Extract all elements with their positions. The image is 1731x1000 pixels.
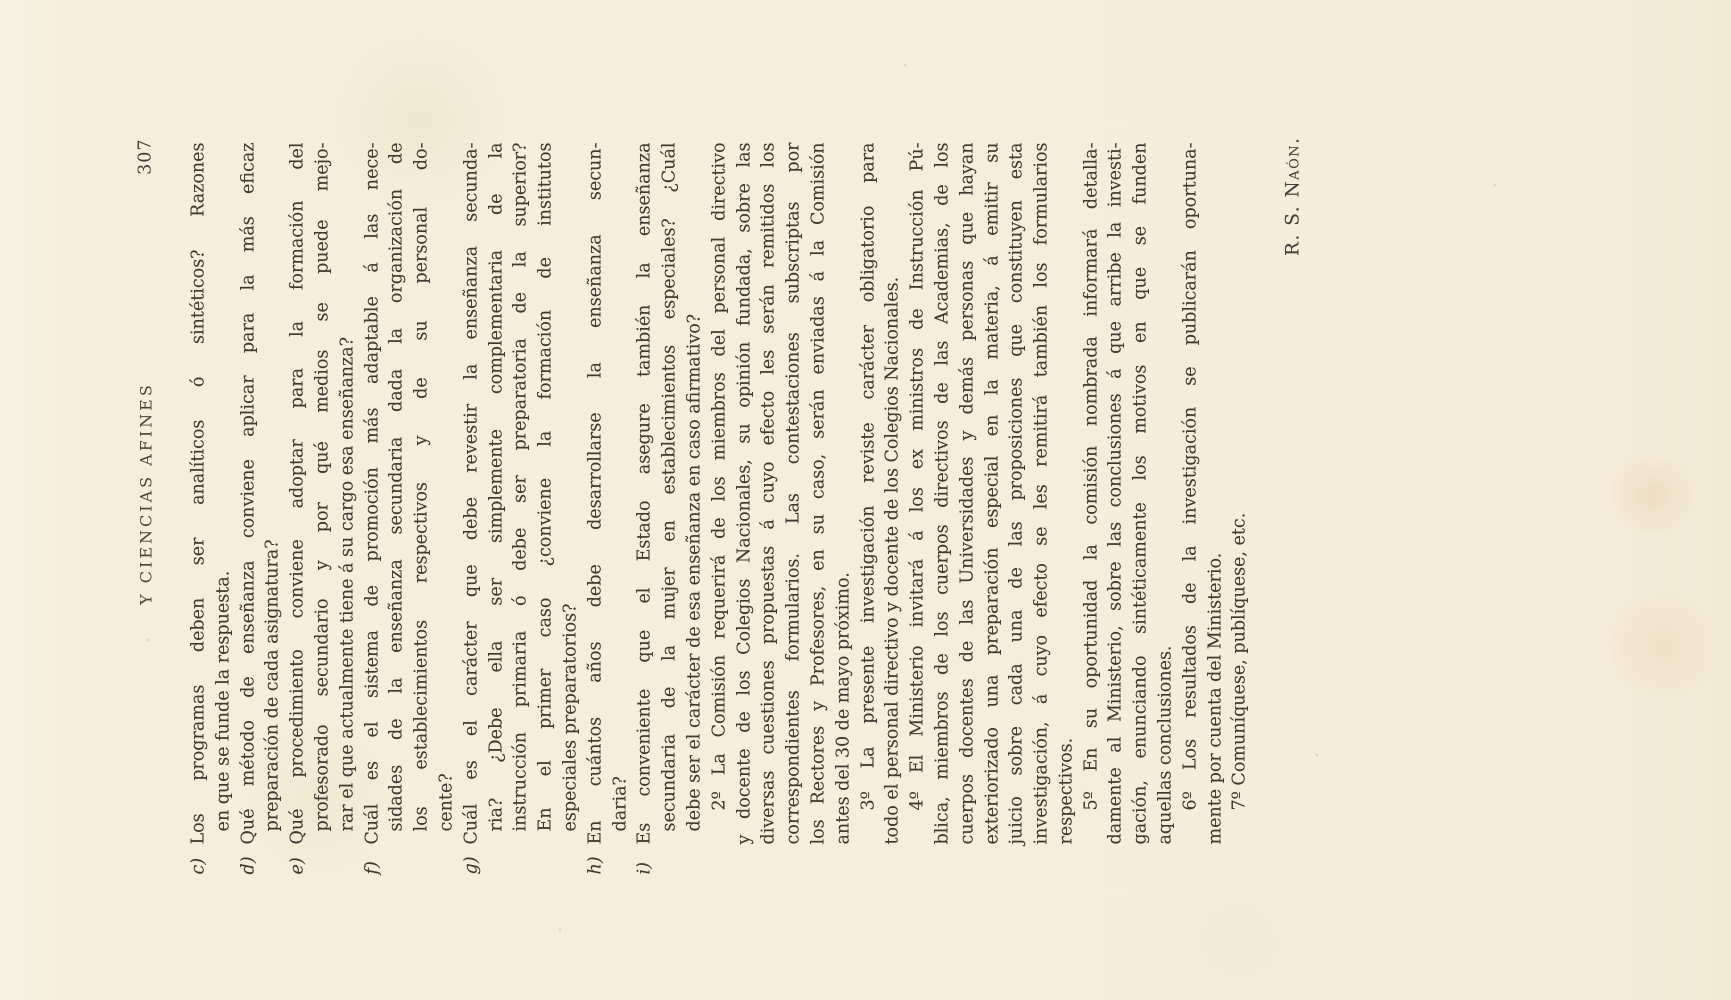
paragraph-6: 6º Los resultados de la investigación se… — [1178, 142, 1228, 844]
text-line: Cuál es el sistema de promoción más adap… — [360, 142, 385, 844]
text-line: instrucción primaria ó debe ser preparat… — [508, 142, 533, 844]
text-line: En cuántos años debe desarrollarse la en… — [583, 142, 608, 844]
text-line: damente al Ministerio, sobre las conclus… — [1103, 142, 1128, 844]
question-item-e: e) Qué procedimiento conviene adoptar pa… — [285, 142, 359, 844]
signature: R. S. Naón. — [1282, 0, 1303, 1000]
text-line: cente? — [434, 142, 459, 844]
text-line: cuerpos docentes de las Universidades y … — [955, 142, 980, 844]
text-line: y docente de los Colegios Nacionales, su… — [732, 142, 757, 844]
item-text: Cuál es el carácter que debe revestir la… — [459, 142, 583, 844]
text-line: Cuál es el carácter que debe revestir la… — [459, 142, 484, 844]
text-line: investigación, á cuyo efecto se les remi… — [1029, 142, 1054, 844]
item-marker: d) — [236, 856, 261, 874]
item-marker: c) — [186, 857, 211, 874]
text-line: rar el que actualmente tiene á su cargo … — [335, 142, 360, 844]
text-line: antes del 30 de mayo próximo. — [831, 142, 856, 844]
paragraph-text: 7º Comuníquese, publíquese, etc. — [1227, 142, 1252, 844]
text-line: diversas cuestiones propuestas á cuyo ef… — [756, 142, 781, 844]
text-line: 4º El Ministerio invitará á los ex minis… — [905, 142, 930, 844]
text-line: Es conveniente que el Estado asegure tam… — [632, 142, 657, 844]
text-line: debe ser el carácter de esa enseñanza en… — [682, 142, 707, 844]
text-line: sidades de la enseñanza secundaria dada … — [384, 142, 409, 844]
text-line: 2º La Comisión requerirá de los miembros… — [707, 142, 732, 844]
text-line: secundaria de la mujer en establecimient… — [657, 142, 682, 844]
paragraph-text: 4º El Ministerio invitará á los ex minis… — [905, 142, 1079, 844]
running-title: Y CIENCIAS AFINES — [136, 142, 155, 844]
text-line: los establecimientos respectivos y de su… — [409, 142, 434, 844]
text-line: respectivos. — [1054, 142, 1079, 844]
text-line: Qué método de enseñanza conviene aplicar… — [236, 142, 261, 844]
item-marker: f) — [360, 861, 385, 874]
text-line: los Rectores y Profesores, en su caso, s… — [806, 142, 831, 844]
item-text: Cuál es el sistema de promoción más adap… — [360, 142, 459, 844]
text-line: Qué procedimiento conviene adoptar para … — [285, 142, 310, 844]
text-line: preparación de cada asignatura? — [260, 142, 285, 844]
text-line: gación, enunciando sintéticamente los mo… — [1128, 142, 1153, 844]
text-line: aquellas conclusiones. — [1153, 142, 1178, 844]
text-line: correspondientes formularios. Las contes… — [781, 142, 806, 844]
text-line: blica, miembros de los cuerpos directivo… — [930, 142, 955, 844]
text-line: especiales preparatorios? — [558, 142, 583, 844]
text-line: daria? — [608, 142, 633, 844]
item-marker: e) — [285, 857, 310, 874]
paragraph-3: 3º La presente investigación reviste car… — [856, 142, 906, 844]
item-marker: h) — [583, 856, 608, 874]
question-item-f: f) Cuál es el sistema de promoción más a… — [360, 142, 459, 844]
book-page: Y CIENCIAS AFINES 307 c) Los programas d… — [0, 0, 1731, 1000]
item-text: Los programas deben ser analíticos ó sin… — [186, 142, 236, 844]
paragraph-text: 3º La presente investigación reviste car… — [856, 142, 906, 844]
question-item-d: d) Qué método de enseñanza conviene apli… — [236, 142, 286, 844]
item-text: Qué procedimiento conviene adoptar para … — [285, 142, 359, 844]
scanned-page-canvas: Y CIENCIAS AFINES 307 c) Los programas d… — [0, 0, 1731, 1000]
item-marker: i) — [632, 862, 657, 874]
item-marker: g) — [459, 856, 484, 874]
item-text: En cuántos años debe desarrollarse la en… — [583, 142, 633, 844]
text-line: juicio sobre cada una de las proposicion… — [1004, 142, 1029, 844]
paragraph-text: 2º La Comisión requerirá de los miembros… — [707, 142, 856, 844]
page-header: Y CIENCIAS AFINES 307 — [136, 142, 160, 844]
text-line: ria? ¿Debe ella ser simplemente compleme… — [484, 142, 509, 844]
text-line: en que se funde la respuesta. — [211, 142, 236, 844]
question-item-c: c) Los programas deben ser analíticos ó … — [186, 142, 236, 844]
paragraph-4: 4º El Ministerio invitará á los ex minis… — [905, 142, 1079, 844]
text-line: Los programas deben ser analíticos ó sin… — [186, 142, 211, 844]
item-text: Es conveniente que el Estado asegure tam… — [632, 142, 706, 844]
paragraph-7: 7º Comuníquese, publíquese, etc. — [1227, 142, 1252, 844]
text-line: mente por cuenta del Ministerio. — [1203, 142, 1228, 844]
question-item-h: h) En cuántos años debe desarrollarse la… — [583, 142, 633, 844]
item-text: Qué método de enseñanza conviene aplicar… — [236, 142, 286, 844]
text-line: 7º Comuníquese, publíquese, etc. — [1227, 142, 1252, 844]
page-number: 307 — [135, 138, 155, 174]
text-line: 3º La presente investigación reviste car… — [856, 142, 881, 844]
question-item-g: g) Cuál es el carácter que debe revestir… — [459, 142, 583, 844]
text-line: 5º En su oportunidad la comisión nombrad… — [1079, 142, 1104, 844]
page-body: c) Los programas deben ser analíticos ó … — [186, 142, 1252, 844]
paragraph-text: 6º Los resultados de la investigación se… — [1178, 142, 1228, 844]
paragraph-5: 5º En su oportunidad la comisión nombrad… — [1079, 142, 1178, 844]
paragraph-text: 5º En su oportunidad la comisión nombrad… — [1079, 142, 1178, 844]
text-line: profesorado secundario y por qué medios … — [310, 142, 335, 844]
text-line: En el primer caso ¿conviene la formación… — [533, 142, 558, 844]
text-line: todo el personal directivo y docente de … — [880, 142, 905, 844]
text-line: exteriorizado una preparación especial e… — [980, 142, 1005, 844]
paragraph-2: 2º La Comisión requerirá de los miembros… — [707, 142, 856, 844]
text-line: 6º Los resultados de la investigación se… — [1178, 142, 1203, 844]
question-item-i: i) Es conveniente que el Estado asegure … — [632, 142, 706, 844]
